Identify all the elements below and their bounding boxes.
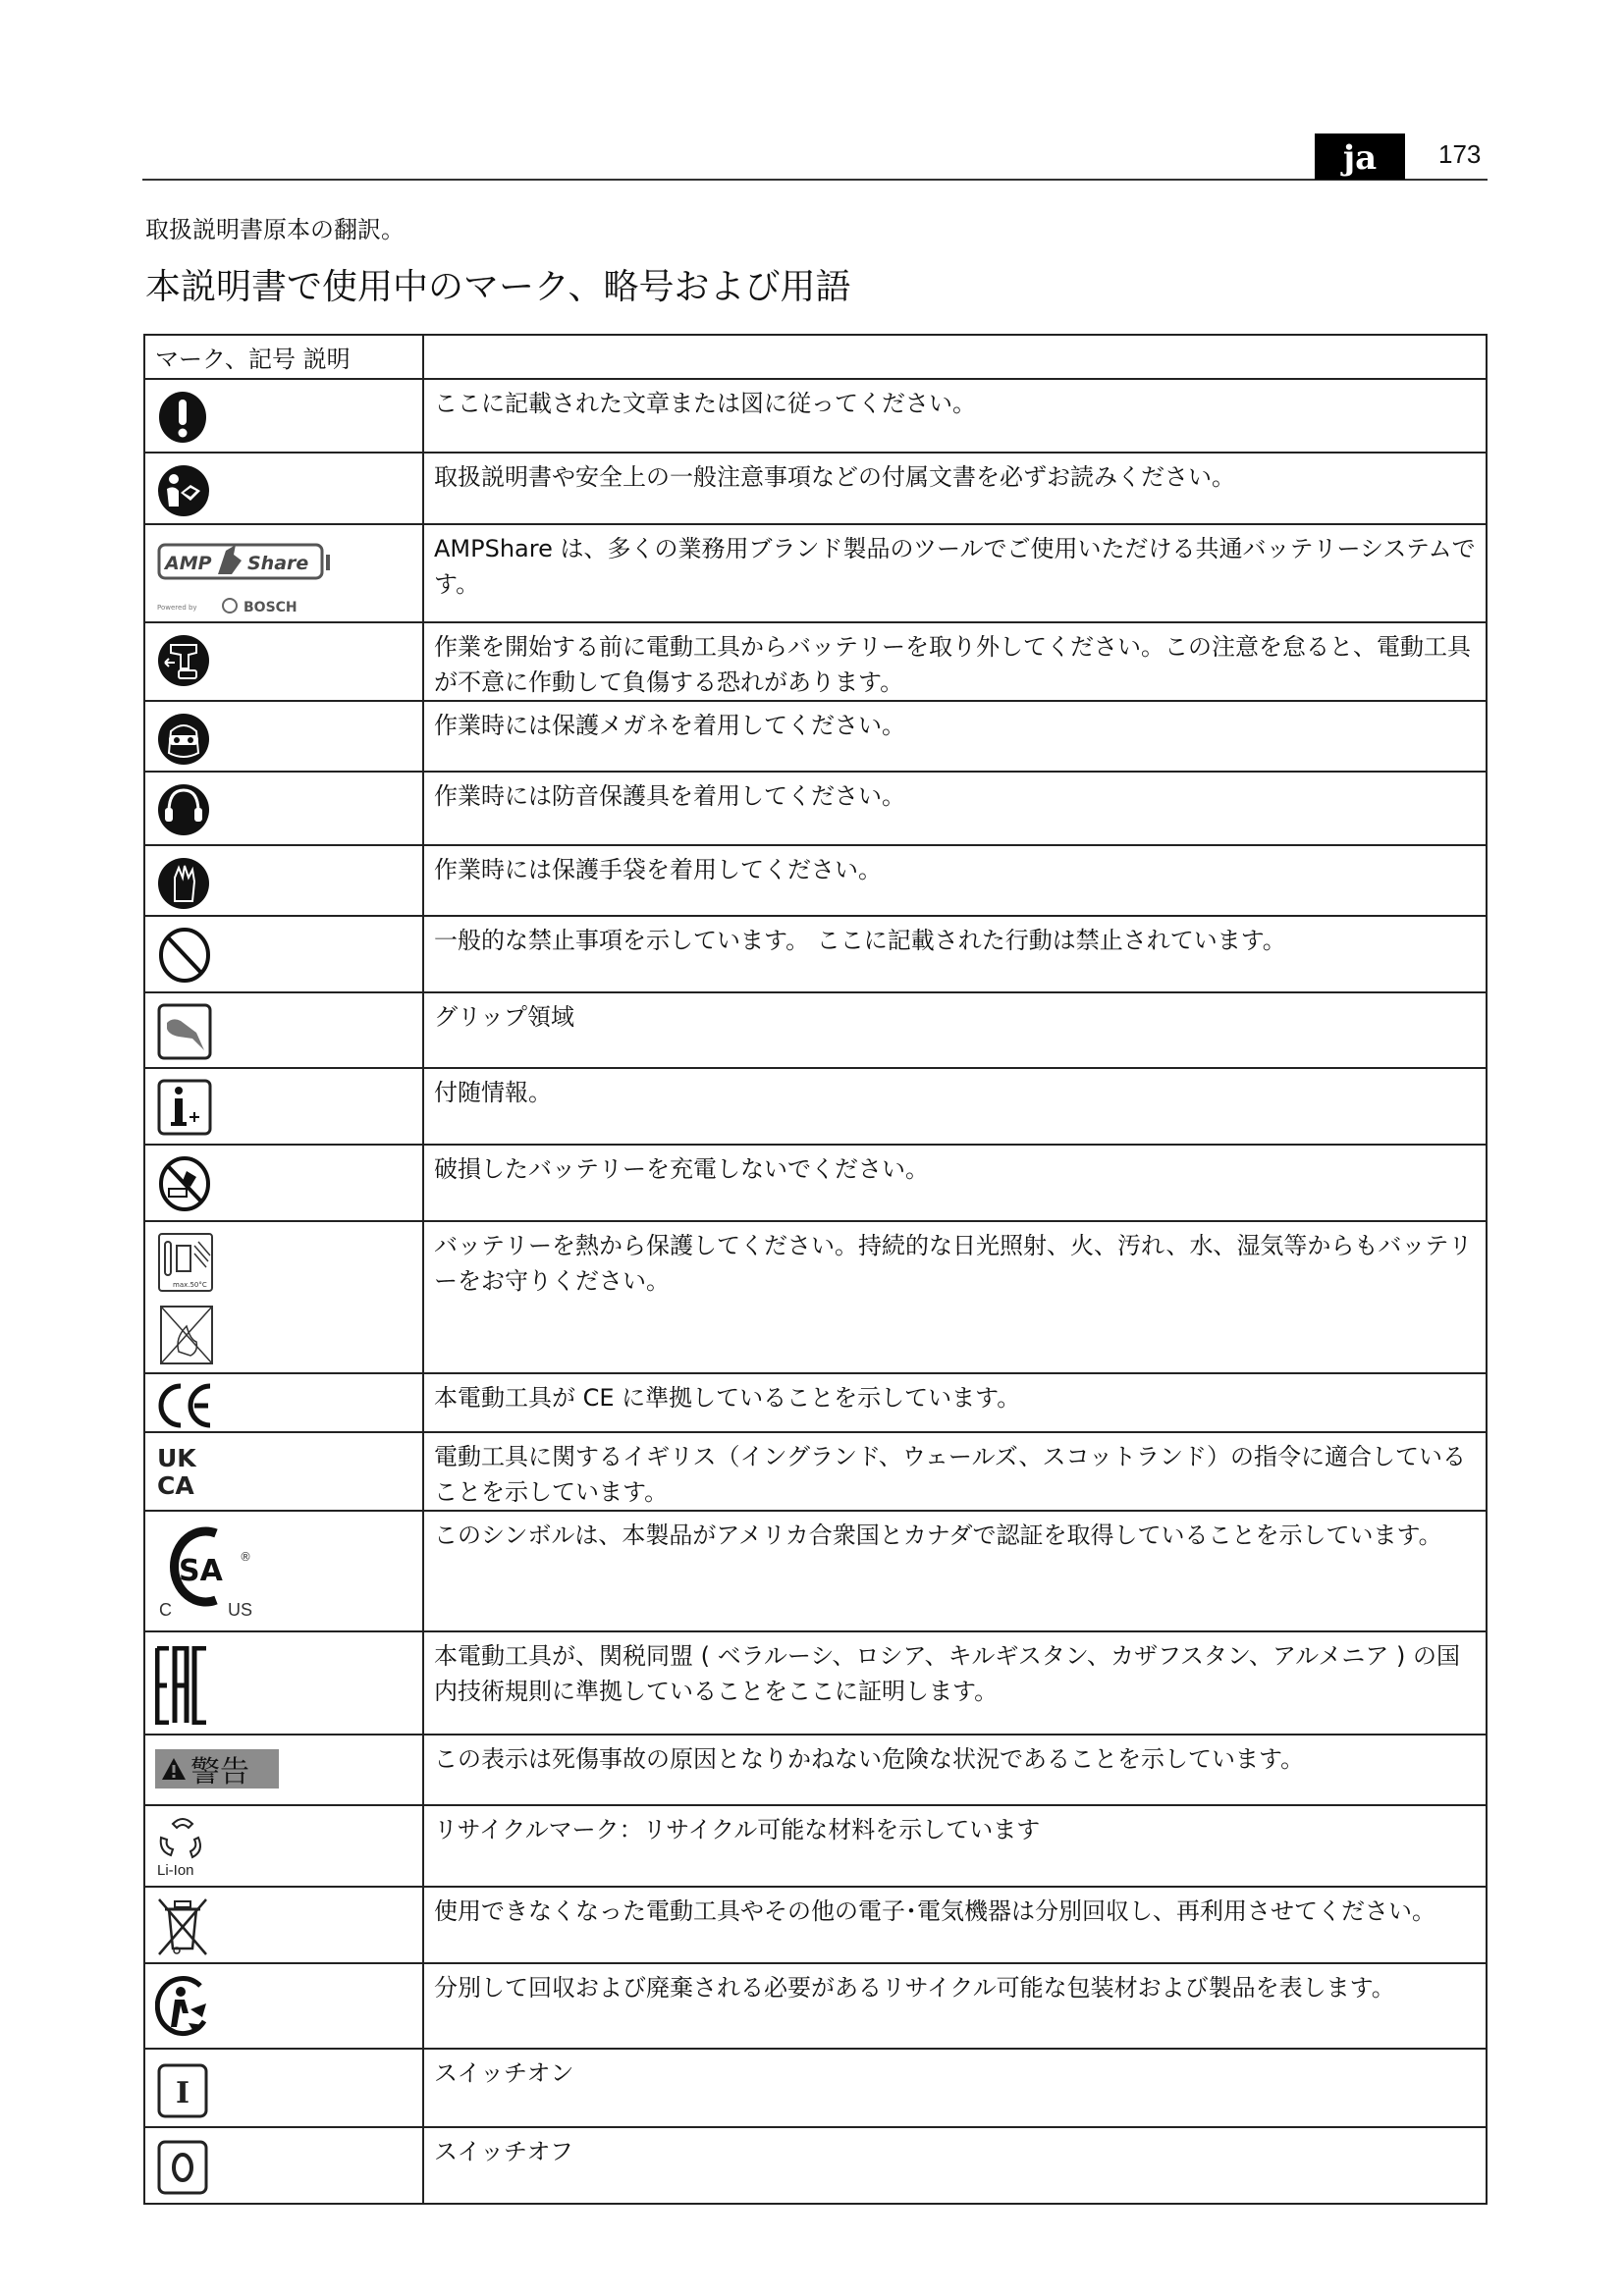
row-description: このシンボルは、本製品がアメリカ合衆国とカナダで認証を取得していることを示してい… — [423, 1511, 1487, 1631]
triman-recycle-icon — [155, 1974, 214, 2037]
table-header-row: マーク、記号 説明 — [144, 335, 1487, 379]
table-row: 分別して回収および廃棄される必要があるリサイクル可能な包装材および製品を表します… — [144, 1963, 1487, 2049]
row-description: 作業を開始する前に電動工具からバッテリーを取り外してください。この注意を怠ると、… — [423, 622, 1487, 701]
page-title: 本説明書で使用中のマーク、略号および用語 — [145, 259, 851, 309]
table-row: max.50°C バッテリーを熱から保護してください。持続的な日光照射、火、汚れ… — [144, 1221, 1487, 1373]
table-row: 作業時には保護メガネを着用してください。 — [144, 701, 1487, 772]
table-row: 付随情報。 — [144, 1068, 1487, 1145]
grip-area-icon — [157, 1003, 212, 1060]
row-description: バッテリーを熱から保護してください。持続的な日光照射、火、汚れ、水、湿気等からも… — [423, 1221, 1487, 1373]
header-symbol-col: マーク、記号 説明 — [144, 335, 423, 379]
warning-label-icon: 警告 — [155, 1749, 279, 1789]
row-description: 電動工具に関するイギリス（イングランド、ウェールズ、スコットランド）の指令に適合… — [423, 1432, 1487, 1511]
table-row: 作業を開始する前に電動工具からバッテリーを取り外してください。この注意を怠ると、… — [144, 622, 1487, 701]
svg-text:C: C — [159, 1600, 172, 1620]
row-description: ここに記載された文章または図に従ってください。 — [423, 379, 1487, 453]
table-row: ここに記載された文章または図に従ってください。 — [144, 379, 1487, 453]
table-row: I スイッチオン — [144, 2049, 1487, 2127]
svg-text:AMP: AMP — [163, 553, 212, 574]
svg-text:I: I — [176, 2076, 189, 2110]
row-description: 分別して回収および廃棄される必要があるリサイクル可能な包装材および製品を表します… — [423, 1963, 1487, 2049]
row-description: 使用できなくなった電動工具やその他の電子･電気機器は分別回収し、再利用させてくだ… — [423, 1887, 1487, 1963]
row-description: 本電動工具が、関税同盟 ( ベラルーシ、ロシア、キルギスタン、カザフスタン、アル… — [423, 1631, 1487, 1735]
protective-gloves-icon — [157, 856, 210, 911]
translation-note: 取扱説明書原本の翻訳。 — [145, 210, 405, 244]
ear-protection-icon — [157, 782, 210, 837]
svg-text:max.50°C: max.50°C — [173, 1281, 207, 1289]
row-description: 破損したバッテリーを充電しないでください。 — [423, 1145, 1487, 1221]
row-description: スイッチオン — [423, 2049, 1487, 2127]
table-row: Li-Ion リサイクルマーク：リサイクル可能な材料を示しています — [144, 1805, 1487, 1887]
row-description: この表示は死傷事故の原因となりかねない危険な状況であることを示しています。 — [423, 1735, 1487, 1805]
svg-text:Share: Share — [247, 553, 308, 574]
row-description: 一般的な禁止事項を示しています。 ここに記載された行動は禁止されています。 — [423, 916, 1487, 992]
svg-text:Powered by: Powered by — [157, 604, 197, 612]
switch-off-icon — [157, 2140, 208, 2195]
ukca-mark-icon: UK CA — [157, 1443, 206, 1498]
header-desc-col — [423, 335, 1487, 379]
table-row: 一般的な禁止事項を示しています。 ここに記載された行動は禁止されています。 — [144, 916, 1487, 992]
svg-text:BOSCH: BOSCH — [244, 600, 298, 615]
table-row: 取扱説明書や安全上の一般注意事項などの付属文書を必ずお読みください。 — [144, 453, 1487, 524]
row-description: 付随情報。 — [423, 1068, 1487, 1145]
row-description: グリップ領域 — [423, 992, 1487, 1068]
switch-on-icon: I — [157, 2063, 208, 2118]
row-description: 作業時には防音保護具を着用してください。 — [423, 772, 1487, 845]
table-row: 使用できなくなった電動工具やその他の電子･電気機器は分別回収し、再利用させてくだ… — [144, 1887, 1487, 1963]
remove-battery-icon — [157, 633, 210, 688]
row-description: AMPShare は、多くの業務用ブランド製品のツールでご使用いただける共通バッ… — [423, 524, 1487, 622]
row-description: 本電動工具が CE に準拠していることを示しています。 — [423, 1373, 1487, 1432]
info-plus-icon — [157, 1079, 212, 1136]
header-rule — [142, 179, 1488, 181]
eac-mark-icon — [155, 1646, 210, 1725]
svg-text:CA: CA — [157, 1471, 194, 1498]
table-row: 作業時には保護手袋を着用してください。 — [144, 845, 1487, 916]
row-description: 作業時には保護手袋を着用してください。 — [423, 845, 1487, 916]
svg-text:®: ® — [240, 1550, 251, 1564]
row-description: 取扱説明書や安全上の一般注意事項などの付属文書を必ずお読みください。 — [423, 453, 1487, 524]
mandatory-action-icon — [157, 390, 208, 445]
prohibition-icon — [157, 927, 212, 984]
battery-heat-protection-icon: max.50°C — [157, 1232, 216, 1369]
table-row: スイッチオフ — [144, 2127, 1487, 2204]
csa-mark-icon: SA ® C US — [157, 1523, 255, 1622]
table-row: 本電動工具が CE に準拠していることを示しています。 — [144, 1373, 1487, 1432]
ampshare-logo-icon: AMP Share Powered by BOSCH — [157, 541, 334, 615]
page-number: 173 — [1438, 139, 1481, 170]
table-row: SA ® C US このシンボルは、本製品がアメリカ合衆国とカナダで認証を取得し… — [144, 1511, 1487, 1631]
table-row: 破損したバッテリーを充電しないでください。 — [144, 1145, 1487, 1221]
row-description: 作業時には保護メガネを着用してください。 — [423, 701, 1487, 772]
table-row: AMP Share Powered by BOSCH AMPShare は、多く… — [144, 524, 1487, 622]
safety-goggles-icon — [157, 712, 210, 767]
warning-label-text: 警告 — [190, 1747, 249, 1790]
svg-text:SA: SA — [179, 1554, 224, 1588]
no-charge-damaged-battery-icon — [157, 1155, 212, 1212]
read-manual-icon — [157, 463, 210, 518]
table-row: 作業時には防音保護具を着用してください。 — [144, 772, 1487, 845]
svg-text:Li-Ion: Li-Ion — [157, 1862, 194, 1879]
warning-triangle-icon — [161, 1757, 187, 1781]
table-row: 警告 この表示は死傷事故の原因となりかねない危険な状況であることを示しています。 — [144, 1735, 1487, 1805]
row-description: リサイクルマーク：リサイクル可能な材料を示しています — [423, 1805, 1487, 1887]
symbols-table: マーク、記号 説明 ここに記載された文章または図に従ってください。 取扱説明書や… — [143, 334, 1488, 2205]
svg-text:UK: UK — [157, 1444, 197, 1472]
table-row: UK CA 電動工具に関するイギリス（イングランド、ウェールズ、スコットランド）… — [144, 1432, 1487, 1511]
ce-mark-icon — [157, 1382, 216, 1429]
weee-crossed-bin-icon — [155, 1896, 210, 1956]
table-row: 本電動工具が、関税同盟 ( ベラルーシ、ロシア、キルギスタン、カザフスタン、アル… — [144, 1631, 1487, 1735]
svg-text:US: US — [228, 1600, 252, 1620]
row-description: スイッチオフ — [423, 2127, 1487, 2204]
table-row: グリップ領域 — [144, 992, 1487, 1068]
recycle-li-ion-icon: Li-Ion — [155, 1814, 210, 1879]
language-tab: ja — [1315, 133, 1405, 180]
